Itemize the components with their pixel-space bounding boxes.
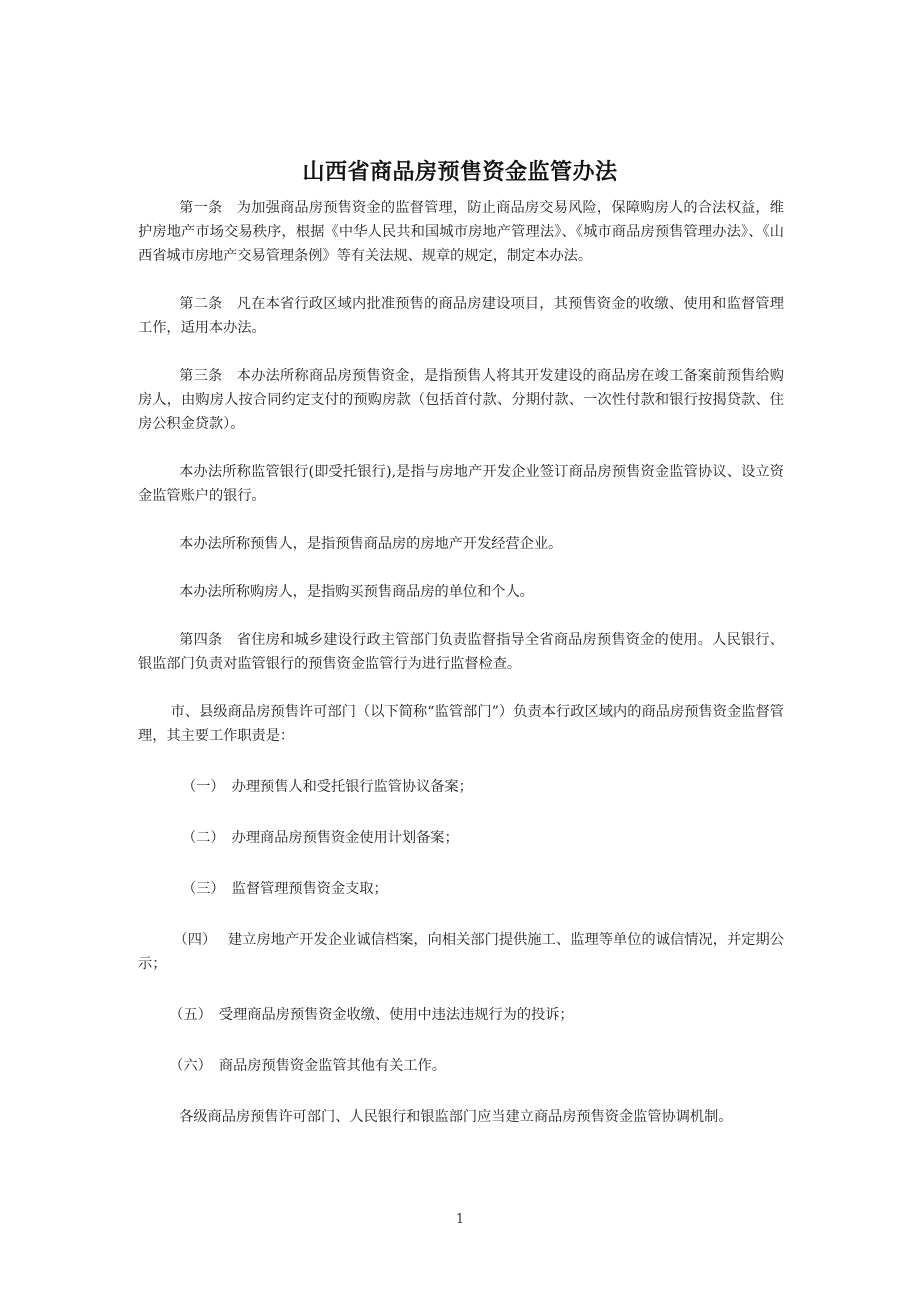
article-1: 第一条 为加强商品房预售资金的监督管理，防止商品房交易风险，保障购房人的合法权益… xyxy=(138,196,784,268)
definition-presaler: 本办法所称预售人，是指预售商品房的房地产开发经营企业。 xyxy=(138,532,784,556)
paragraph-gap xyxy=(138,268,784,292)
duty-item-2: （二） 办理商品房预售资金使用计划备案； xyxy=(138,826,784,850)
paragraph-gap xyxy=(138,850,784,877)
paragraph-gap xyxy=(138,748,784,775)
paragraph-gap xyxy=(138,436,784,460)
article-3: 第三条 本办法所称商品房预售资金，是指预售人将其开发建设的商品房在竣工备案前预售… xyxy=(138,364,784,436)
paragraph-gap xyxy=(138,901,784,928)
municipal-duties-intro: 市、县级商品房预售许可部门（以下简称“监管部门”）负责本行政区域内的商品房预售资… xyxy=(138,700,784,748)
coordination-mechanism: 各级商品房预售许可部门、人民银行和银监部门应当建立商品房预售资金监管协调机制。 xyxy=(138,1105,784,1129)
document-title: 山西省商品房预售资金监管办法 xyxy=(0,155,920,186)
paragraph-gap xyxy=(138,676,784,700)
definition-supervising-bank: 本办法所称监管银行(即受托银行),是指与房地产开发企业签订商品房预售资金监管协议… xyxy=(138,460,784,508)
paragraph-gap xyxy=(138,799,784,826)
duty-item-6: （六） 商品房预售资金监管其他有关工作。 xyxy=(138,1054,784,1078)
paragraph-gap xyxy=(138,340,784,364)
article-2: 第二条 凡在本省行政区域内批准预售的商品房建设项目，其预售资金的收缴、使用和监督… xyxy=(138,292,784,340)
document-body: 第一条 为加强商品房预售资金的监督管理，防止商品房交易风险，保障购房人的合法权益… xyxy=(138,196,784,1129)
document-page: 山西省商品房预售资金监管办法 第一条 为加强商品房预售资金的监督管理，防止商品房… xyxy=(0,0,920,1302)
paragraph-gap xyxy=(138,508,784,532)
article-4: 第四条 省住房和城乡建设行政主管部门负责监督指导全省商品房预售资金的使用。人民银… xyxy=(138,628,784,676)
duty-item-5: （五） 受理商品房预售资金收缴、使用中违法违规行为的投诉； xyxy=(138,1003,784,1027)
paragraph-gap xyxy=(138,1027,784,1054)
duty-item-1: （一） 办理预售人和受托银行监管协议备案； xyxy=(138,775,784,799)
paragraph-gap xyxy=(138,976,784,1003)
duty-item-4: （四） 建立房地产开发企业诚信档案，向相关部门提供施工、监理等单位的诚信情况，并… xyxy=(138,928,784,976)
duty-item-3: （三） 监督管理预售资金支取； xyxy=(138,877,784,901)
paragraph-gap xyxy=(138,604,784,628)
paragraph-gap xyxy=(138,1078,784,1105)
page-number: 1 xyxy=(0,1212,920,1227)
definition-buyer: 本办法所称购房人，是指购买预售商品房的单位和个人。 xyxy=(138,580,784,604)
paragraph-gap xyxy=(138,556,784,580)
